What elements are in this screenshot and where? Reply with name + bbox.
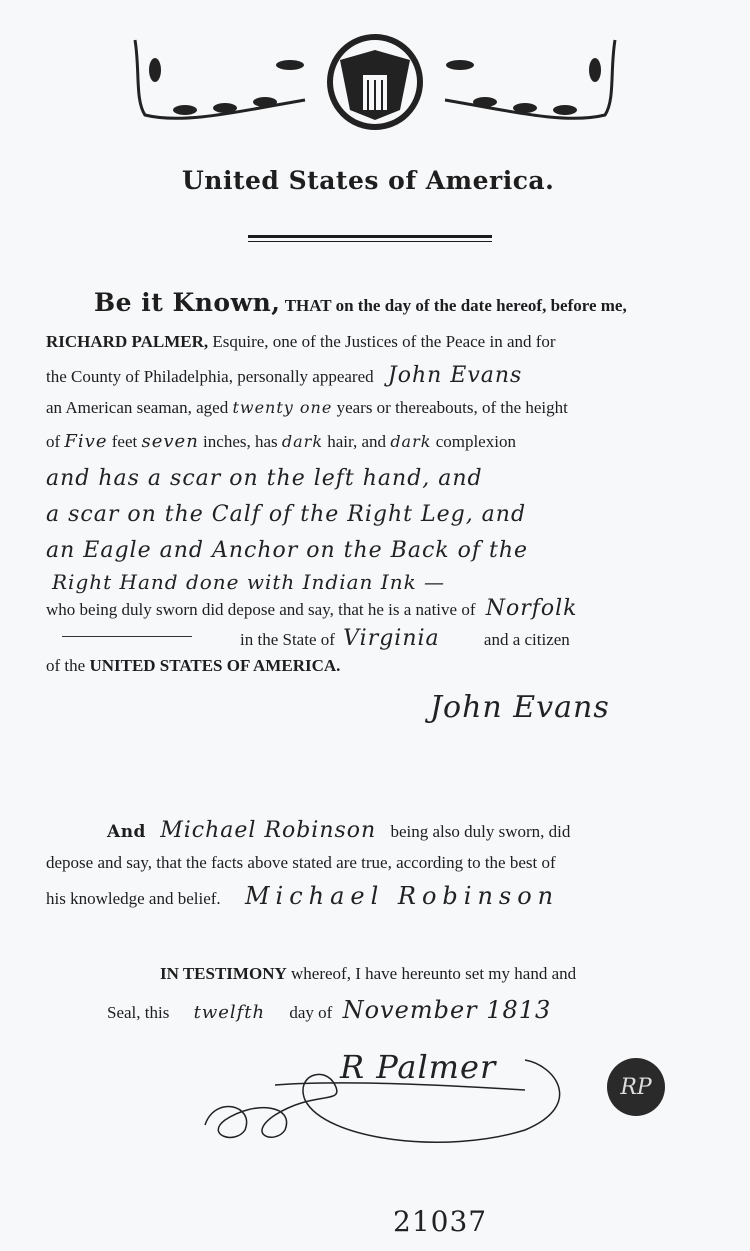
wax-seal-icon: RP (607, 1058, 665, 1116)
testimony-line-1: IN TESTIMONY whereof, I have hereunto se… (160, 965, 576, 982)
line-4: an American seaman, aged twenty one year… (46, 399, 568, 416)
height-feet: Five (64, 431, 107, 452)
eagle-laurel-emblem (125, 30, 625, 130)
be-it-known: Be it Known, (94, 288, 280, 317)
witness-line-2: depose and say, that the facts above sta… (46, 854, 556, 871)
distinguishing-marks-2: a scar on the Calf of the Right Leg, and (46, 502, 526, 527)
distinguishing-marks-1: and has a scar on the left hand, and (46, 466, 483, 491)
distinguishing-marks-3: an Eagle and Anchor on the Back of the (46, 538, 528, 563)
official-signature: R Palmer (340, 1048, 496, 1086)
seaman-signature: John Evans (430, 690, 610, 725)
line-3: the County of Philadelphia, personally a… (46, 365, 522, 387)
complexion: dark (390, 432, 431, 451)
day: twelfth (194, 1002, 266, 1023)
witness-line-1: And Michael Robinson being also duly swo… (107, 820, 570, 842)
witness-signature: Michael Robinson (245, 882, 559, 910)
distinguishing-marks-4: Right Hand done with Indian Ink — (52, 570, 445, 594)
age: twenty one (232, 398, 332, 417)
document-title: United States of America. (182, 166, 554, 195)
blank-line (62, 636, 192, 637)
title-rule (248, 235, 492, 238)
state: Virginia (343, 626, 440, 651)
seaman-name: John Evans (388, 363, 522, 388)
line-10: who being duly sworn did depose and say,… (46, 598, 578, 620)
line-2: RICHARD PALMER, Esquire, one of the Just… (46, 333, 556, 350)
month-year: November 1813 (343, 996, 552, 1024)
height-inches: seven (141, 431, 198, 452)
line-1: Be it Known, THAT on the day of the date… (94, 290, 627, 315)
title-rule-thin (248, 241, 492, 242)
line-12: of the UNITED STATES OF AMERICA. (46, 657, 340, 674)
native-of: Norfolk (486, 596, 578, 621)
line-5: of Five feet seven inches, has dark hair… (46, 433, 516, 451)
document-number: 21037 (393, 1205, 487, 1238)
line-11: in the State of Virginia and a citizen (240, 628, 570, 650)
witness-line-3: his knowledge and belief. Michael Robins… (46, 884, 559, 908)
witness-name: Michael Robinson (160, 818, 376, 843)
testimony-line-2: Seal, this twelfth day of November 1813 (107, 998, 551, 1022)
hair-color: dark (282, 432, 323, 451)
